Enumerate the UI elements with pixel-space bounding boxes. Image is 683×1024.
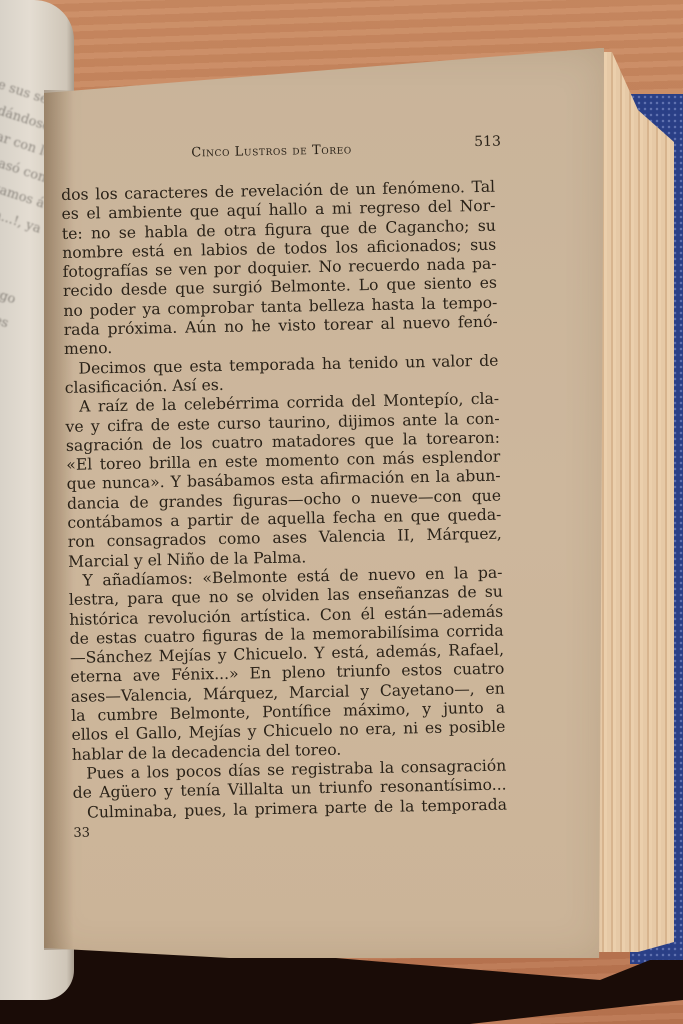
page-edges <box>598 52 674 952</box>
body-text: dos los caracteres de revelación de un f… <box>61 178 507 823</box>
signature-mark: 33 <box>73 826 90 841</box>
page-number: 513 <box>474 134 501 151</box>
running-head: Cinco Lustros de Toreo <box>191 142 352 160</box>
